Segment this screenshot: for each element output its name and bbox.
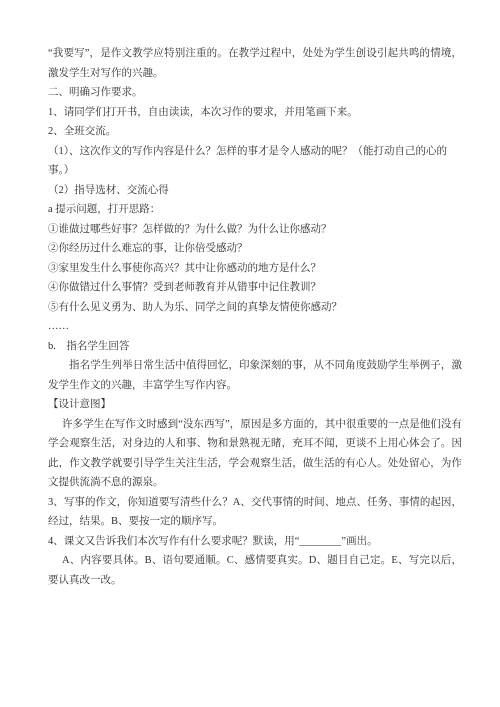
requirements-paragraph: A、内容要具体。B、语句要通顺。C、感情要真实。D、题目自己定。E、写完以后，要… xyxy=(48,551,462,590)
document-body: “我要写”，是作文教学应特别注重的。在教学过程中，处处为学生创设引起共鸣的情境，… xyxy=(0,0,500,707)
intro-paragraph: “我要写”，是作文教学应特别注重的。在教学过程中，处处为学生创设引起共鸣的情境，… xyxy=(48,44,462,83)
answer-heading: b. 指名学生回答 xyxy=(48,337,462,357)
prompt-heading: a 提示问题，打开思路： xyxy=(48,200,462,220)
sub-item-1: （1）、这次作文的写作内容是什么？怎样的事才是令人感动的呢？（能打动自己的心的事… xyxy=(48,142,462,181)
sub-item-2: （2）指导选材、交流心得 xyxy=(48,181,462,201)
design-intent-heading: 【设计意图】 xyxy=(48,395,462,415)
question-2: ②你经历过什么难忘的事，让你倍受感动？ xyxy=(48,239,462,259)
design-intent-paragraph: 许多学生在写作文时感到“没东西写”，原因是多方面的，其中很重要的一点是他们没有学… xyxy=(48,415,462,493)
section-heading: 二、明确习作要求。 xyxy=(48,83,462,103)
list-item-4: 4、课文又告诉我们本次写作有什么要求呢？默读，用“________”画出。 xyxy=(48,532,462,552)
ellipsis-line: …… xyxy=(48,317,462,337)
document-page: { "page": { "background": "#ffffff", "te… xyxy=(0,0,500,707)
question-5: ⑤有什么见义勇为、助人为乐、同学之间的真挚友情使你感动？ xyxy=(48,298,462,318)
question-1: ①谁做过哪些好事？怎样做的？为什么做？为什么让你感动？ xyxy=(48,220,462,240)
question-4: ④你做错过什么事情？受到老师教育并从错事中记住教训？ xyxy=(48,278,462,298)
list-item-3: 3、写事的作文，你知道要写清些什么？A、交代事情的时间、地点、任务、事情的起因，… xyxy=(48,493,462,532)
answer-paragraph: 指名学生列举日常生活中值得回忆，印象深刻的事，从不同角度鼓励学生举例子，激发学生… xyxy=(48,356,462,395)
list-item-2: 2、全班交流。 xyxy=(48,122,462,142)
question-3: ③家里发生什么事使你高兴？其中让你感动的地方是什么？ xyxy=(48,259,462,279)
list-item-1: 1、请同学们打开书，自由读读，本次习作的要求，并用笔画下来。 xyxy=(48,103,462,123)
